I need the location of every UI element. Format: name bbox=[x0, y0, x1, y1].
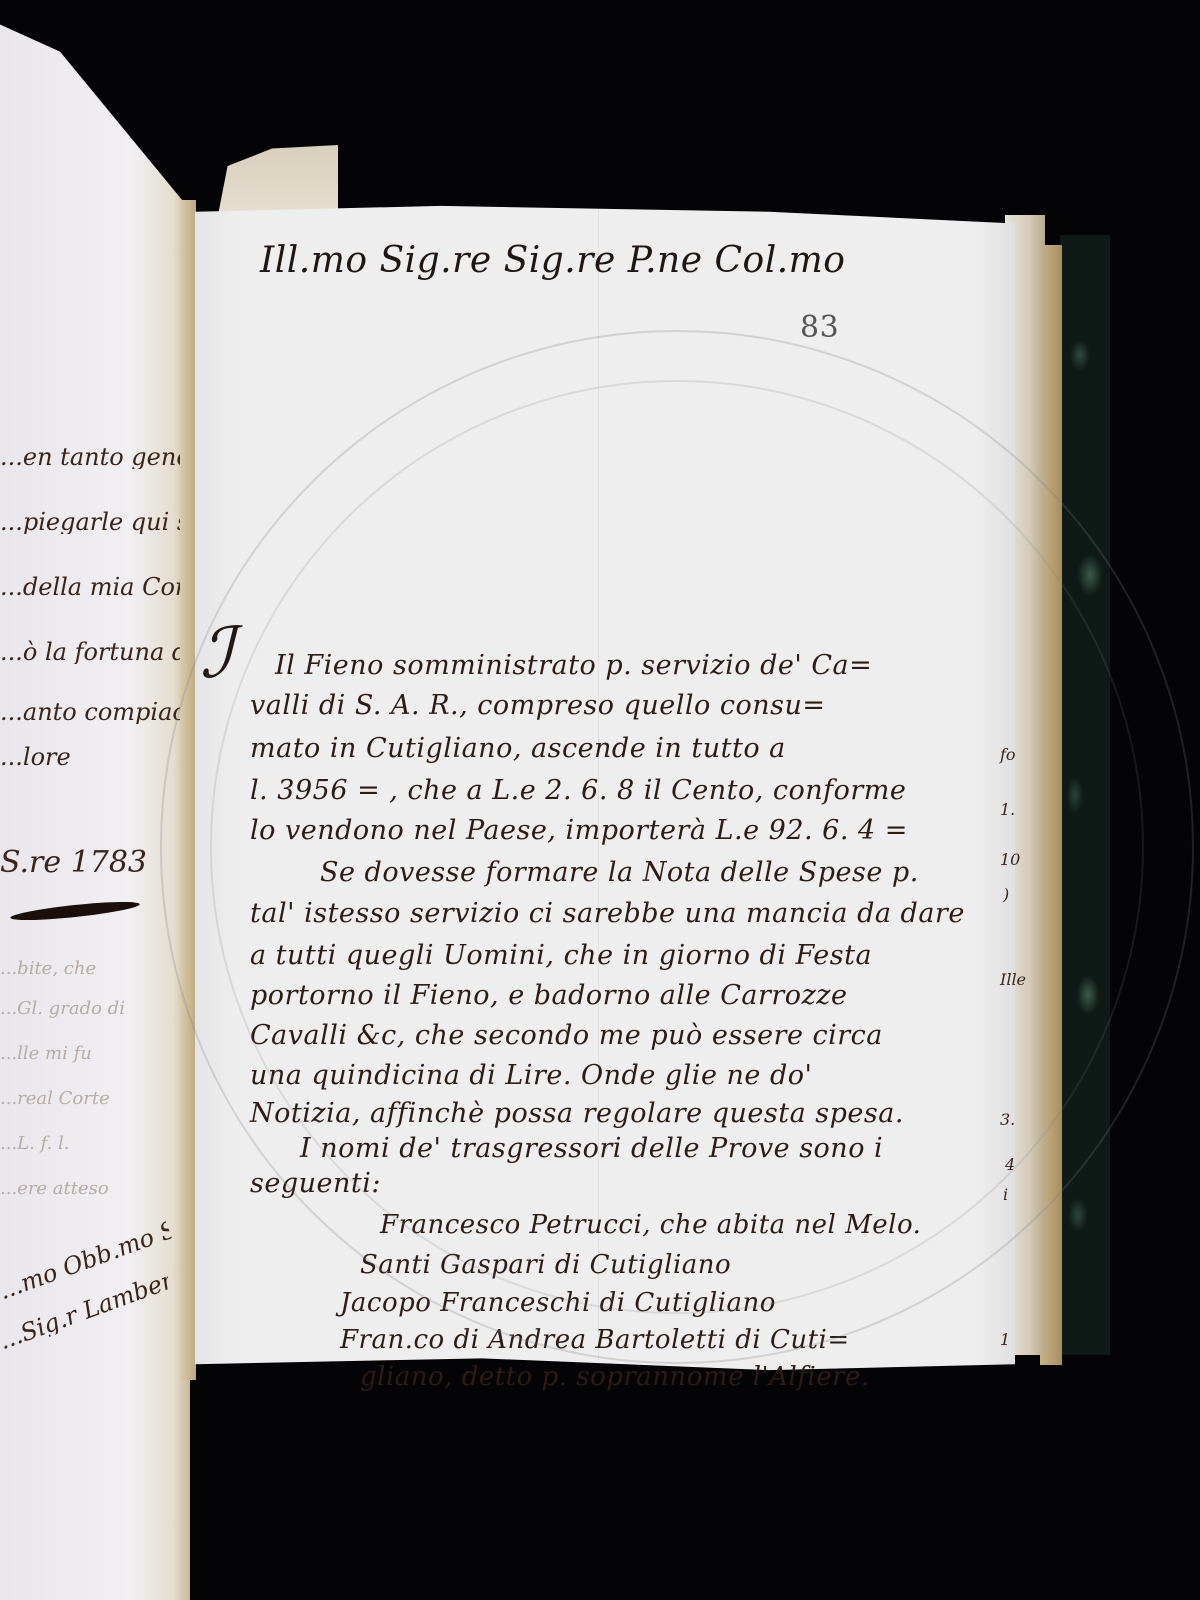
name-line-4: Fran.co di Andrea Bartoletti di Cuti= bbox=[340, 1325, 850, 1355]
margin-mark-1: fo bbox=[1000, 745, 1016, 764]
margin-mark-7: 4 bbox=[1005, 1155, 1015, 1174]
margin-mark-6: 3. bbox=[1000, 1110, 1015, 1129]
left-faint-4: ...real Corte bbox=[0, 1090, 180, 1108]
body-line-8: a tutti quegli Uomini, che in giorno di … bbox=[250, 940, 872, 971]
left-faint-5: ...L. f. l. bbox=[0, 1135, 180, 1153]
left-line-6: ...lore bbox=[0, 745, 180, 769]
left-faint-1: ...bite, che bbox=[0, 960, 180, 978]
margin-mark-8: i bbox=[1003, 1185, 1008, 1204]
body-line-1: Il Fieno somministrato p. servizio de' C… bbox=[275, 650, 872, 681]
left-faint-6: ...ere atteso bbox=[0, 1180, 180, 1198]
left-page bbox=[0, 20, 190, 1600]
body-line-2: valli di S. A. R., compreso quello consu… bbox=[250, 690, 826, 721]
margin-mark-9: 1 bbox=[1000, 1330, 1010, 1349]
drop-cap-flourish: ℐ bbox=[200, 612, 233, 694]
salutation: Ill.mo Sig.re Sig.re P.ne Col.mo bbox=[260, 240, 845, 281]
marbled-cover-board bbox=[1060, 235, 1110, 1355]
margin-mark-4: ) bbox=[1003, 885, 1009, 904]
left-faint-3: ...lle mi fu bbox=[0, 1045, 180, 1063]
body-line-9: portorno il Fieno, e badorno alle Carroz… bbox=[250, 980, 848, 1011]
body-line-5: lo vendono nel Paese, importerà L.e 92. … bbox=[250, 815, 908, 846]
name-line-1: Francesco Petrucci, che abita nel Melo. bbox=[380, 1210, 921, 1240]
body-line-7: tal' istesso servizio ci sarebbe una man… bbox=[250, 898, 965, 929]
body-line-10: Cavalli &c, che secondo me può essere ci… bbox=[250, 1020, 883, 1051]
left-line-4: ...ò la fortuna di bbox=[0, 640, 180, 664]
margin-mark-2: 1. bbox=[1000, 800, 1015, 819]
left-page-gutter bbox=[180, 200, 196, 1380]
name-line-5: gliano, detto p. soprannome l'Alfiere. bbox=[360, 1362, 870, 1392]
body-line-6: Se dovesse formare la Nota delle Spese p… bbox=[320, 857, 919, 888]
body-line-4: l. 3956 = , che a L.e 2. 6. 8 il Cento, … bbox=[250, 775, 906, 806]
margin-mark-5: Ille bbox=[1000, 970, 1026, 989]
left-line-2: ...piegarle qui sin bbox=[0, 510, 180, 534]
name-line-3: Jacopo Franceschi di Cutigliano bbox=[340, 1288, 776, 1318]
left-signature: S.re 1783 bbox=[0, 848, 180, 878]
left-line-5: ...anto compiacj. bbox=[0, 700, 180, 724]
left-faint-2: ...Gl. grado di bbox=[0, 1000, 180, 1018]
body-line-3: mato in Cutigliano, ascende in tutto a bbox=[250, 733, 786, 764]
folio-number: 83 bbox=[800, 310, 839, 345]
body-line-12: Notizia, affinchè possa regolare questa … bbox=[250, 1098, 904, 1129]
margin-mark-3: 10 bbox=[1000, 850, 1020, 869]
body-line-13: I nomi de' trasgressori delle Prove sono… bbox=[300, 1133, 883, 1164]
body-line-14: seguenti: bbox=[250, 1168, 381, 1199]
left-line-3: ...della mia Comp. bbox=[0, 575, 180, 599]
body-line-11: una quindicina di Lire. Onde glie ne do' bbox=[250, 1060, 812, 1091]
left-line-1: ...en tanto genero bbox=[0, 445, 180, 469]
name-line-2: Santi Gaspari di Cutigliano bbox=[360, 1250, 731, 1280]
